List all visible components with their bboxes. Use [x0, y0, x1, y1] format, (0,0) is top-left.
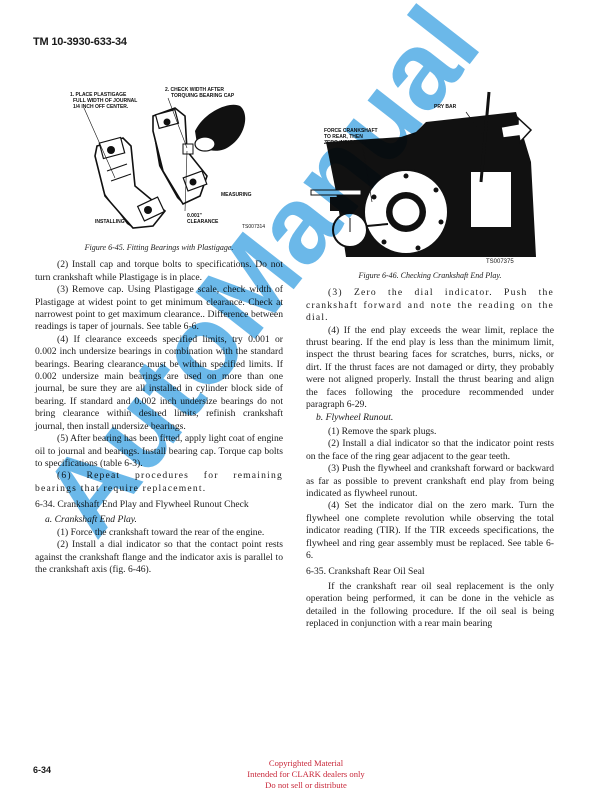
label-clearance: CLEARANCE: [187, 219, 219, 225]
paragraph: (5) After bearing has been fitted, apply…: [35, 433, 283, 470]
subheading-crankshaft-end-play: a. Crankshaft End Play.: [45, 514, 283, 526]
paragraph: (3) Zero the dial indicator. Push the cr…: [306, 287, 554, 324]
section-heading-6-34: 6-34. Crankshaft End Play and Flywheel R…: [35, 499, 283, 511]
figure-6-46: PRY BAR FORCE CRANKSHAFT TO REAR, THEN Z…: [306, 82, 554, 282]
paragraph: If the crankshaft rear oil seal replacem…: [306, 581, 554, 631]
figure-code: TS007314: [242, 224, 265, 230]
paragraph: (2) Install cap and torque bolts to spec…: [35, 259, 283, 284]
paragraph: (4) If clearance exceeds specified limit…: [35, 334, 283, 433]
figure-6-45: 1. PLACE PLASTIGAGE FULL WIDTH OF JOURNA…: [35, 86, 283, 254]
left-column: 1. PLACE PLASTIGAGE FULL WIDTH OF JOURNA…: [35, 86, 283, 577]
figure-caption: Figure 6-46. Checking Crankshaft End Pla…: [306, 270, 554, 282]
label-installing: INSTALLING: [95, 219, 125, 225]
figure-caption: Figure 6-45. Fitting Bearings with Plast…: [35, 242, 283, 254]
paragraph: (4) If the end play exceeds the wear lim…: [306, 325, 554, 412]
copyright-line-2: Intended for CLARK dealers only: [0, 769, 612, 780]
plastigage-bearing-illustration: 1. PLACE PLASTIGAGE FULL WIDTH OF JOURNA…: [35, 86, 283, 236]
paragraph: (3) Remove cap. Using Plastigage scale, …: [35, 284, 283, 334]
document-id: TM 10-3930-633-34: [33, 36, 127, 48]
paragraph: (4) Set the indicator dial on the zero m…: [306, 500, 554, 562]
right-column: PRY BAR FORCE CRANKSHAFT TO REAR, THEN Z…: [306, 82, 554, 630]
copyright-notice: Copyrighted Material Intended for CLARK …: [0, 758, 612, 791]
label-step1-line3: 1/4 INCH OFF CENTER.: [73, 104, 129, 110]
paragraph: (1) Force the crankshaft toward the rear…: [35, 527, 283, 539]
paragraph: (6) Repeat procedures for remaining bear…: [35, 470, 283, 495]
paragraph: (2) Install a dial indicator so that the…: [306, 438, 554, 463]
paragraph: (2) Install a dial indicator so that the…: [35, 539, 283, 576]
paragraph: (3) Push the flywheel and crankshaft for…: [306, 463, 554, 500]
copyright-line-3: Do not sell or distribute: [0, 780, 612, 791]
paragraph: (1) Remove the spark plugs.: [306, 426, 554, 438]
label-pry-bar: PRY BAR: [434, 104, 457, 110]
subheading-flywheel-runout: b. Flywheel Runout.: [316, 412, 554, 424]
copyright-line-1: Copyrighted Material: [0, 758, 612, 769]
label-step2-line2: TORQUING BEARING CAP: [171, 93, 235, 99]
figure-code: TS007375: [486, 259, 514, 264]
label-measuring: MEASURING: [221, 192, 252, 198]
label-force-line3: ZERO INDICATOR: [324, 140, 367, 146]
section-heading-6-35: 6-35. Crankshaft Rear Oil Seal: [306, 566, 554, 578]
crankshaft-end-play-illustration: PRY BAR FORCE CRANKSHAFT TO REAR, THEN Z…: [306, 82, 554, 264]
